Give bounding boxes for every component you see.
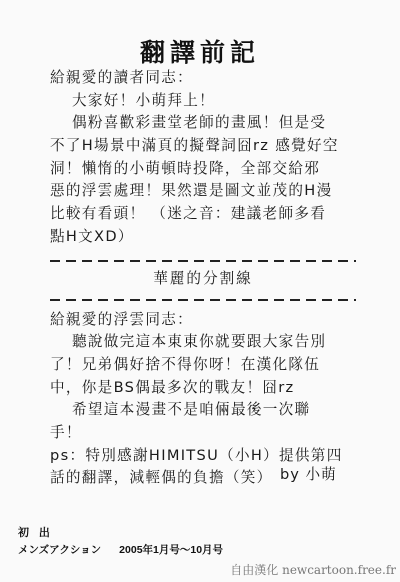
magazine-name: メンズアクション	[18, 544, 101, 556]
dashed-divider-top	[50, 254, 356, 266]
divider-label: 華麗的分割線	[50, 270, 356, 288]
paragraph-line: 中，你是BS偶最多次的戰友！囧rz	[50, 377, 370, 400]
salutation-readers: 給親愛的讀者同志：	[50, 67, 370, 90]
first-publication-heading: 初 出	[18, 524, 53, 540]
paragraph-line: 比較有看頭！ （迷之音：建議老師多看	[50, 203, 370, 226]
paragraph-line: 了！兄弟偶好捨不得你呀！在漢化隊伍	[50, 354, 370, 377]
publication-date-range: 2005年1月号～10月号	[119, 544, 223, 556]
dashed-divider-bottom	[50, 293, 356, 305]
page-title: 翻譯前記	[0, 33, 400, 69]
scanlation-watermark: 自由漢化 newcartoon.free.fr	[230, 561, 396, 578]
author-byline: by 小萌	[280, 463, 337, 484]
paragraph-line: 手！	[50, 422, 370, 445]
paragraph-line: 洞！懶惰的小萌頓時投降，全部交給邪	[50, 158, 370, 181]
paragraph-line: 希望這本漫畫不是咱倆最後一次聯	[50, 399, 370, 422]
salutation-fuyun: 給親愛的浮雲同志：	[50, 309, 370, 332]
paragraph-line: 不了H場景中滿頁的擬聲詞囧rz 感覺好空	[50, 135, 370, 158]
paragraph-line: 惡的浮雲處理！果然還是圖文並茂的H漫	[50, 180, 370, 203]
paragraph-line: 點H文XD）	[50, 226, 370, 249]
greeting-line: 大家好！小萌拜上！	[50, 90, 370, 113]
paragraph-line: 偶粉喜歡彩畫堂老師的畫風！但是受	[50, 112, 370, 135]
paragraph-line: 聽說做完這本東東你就要跟大家告別	[50, 331, 370, 354]
publication-info: メンズアクション2005年1月号～10月号	[18, 542, 223, 557]
translator-note-body: 給親愛的讀者同志： 大家好！小萌拜上！ 偶粉喜歡彩畫堂老師的畫風！但是受 不了H…	[50, 67, 370, 490]
document-page: 翻譯前記 給親愛的讀者同志： 大家好！小萌拜上！ 偶粉喜歡彩畫堂老師的畫風！但是…	[0, 0, 400, 582]
